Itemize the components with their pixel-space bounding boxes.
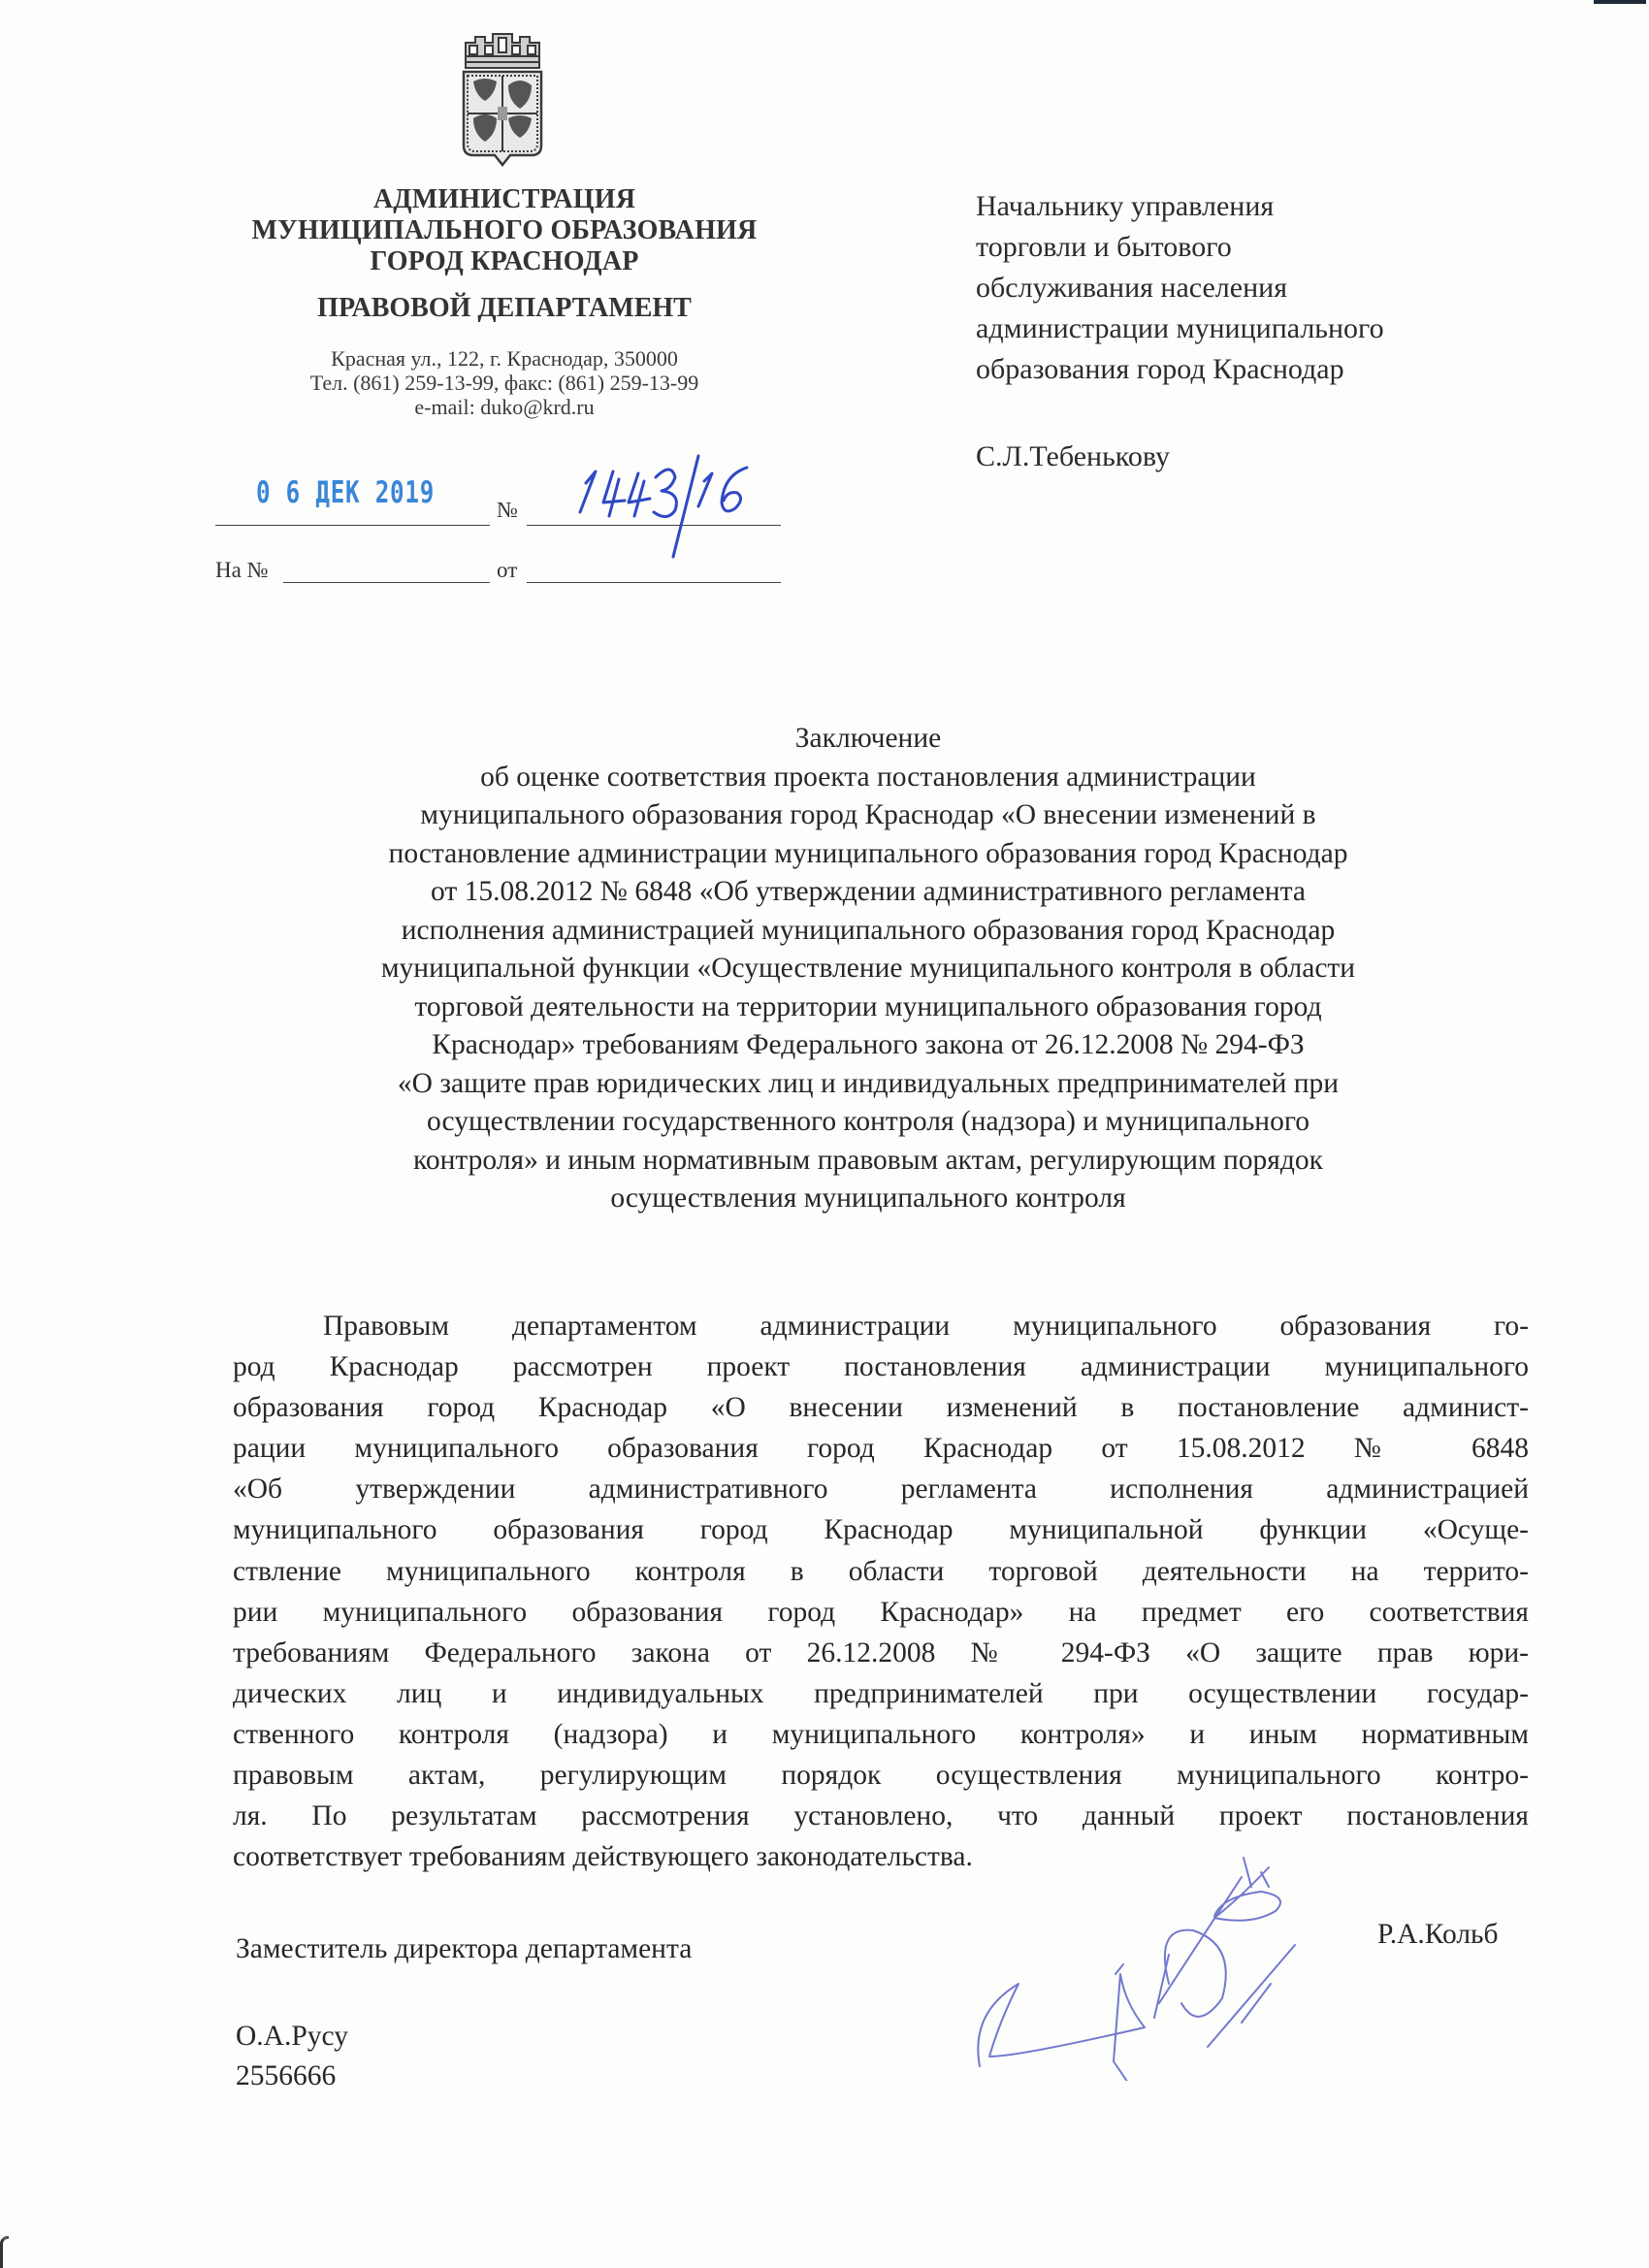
body-line: рации муниципального образования город К…	[233, 1428, 1529, 1469]
title-line: торговой деятельности на территории муни…	[194, 988, 1542, 1027]
scan-edge-artifact	[1594, 0, 1646, 4]
body-line: «Об утверждении административного реглам…	[233, 1469, 1529, 1509]
title-line: постановление администрации муниципально…	[194, 835, 1542, 874]
contact-info: Красная ул., 122, г. Краснодар, 350000 Т…	[165, 346, 844, 419]
executor-name: О.А.Русу	[236, 2021, 348, 2053]
handwritten-registration-number	[574, 452, 768, 559]
recipient-line: торговли и бытового	[976, 227, 1384, 268]
reply-number-underline	[283, 582, 490, 583]
title-line: контроля» и иным нормативным правовым ак…	[194, 1142, 1542, 1181]
document-title: Заключение об оценке соответствия проект…	[194, 720, 1542, 1218]
recipient-block: Начальнику управления торговли и бытовог…	[976, 186, 1384, 390]
email: e-mail: duko@krd.ru	[165, 395, 844, 419]
organization-name: АДМИНИСТРАЦИЯ МУНИЦИПАЛЬНОГО ОБРАЗОВАНИЯ…	[165, 184, 844, 277]
org-line-3: ГОРОД КРАСНОДАР	[165, 246, 844, 277]
title-line: Краснодар» требованиям Федерального зако…	[194, 1026, 1542, 1065]
body-line: ля. По результатам рассмотрения установл…	[233, 1796, 1529, 1836]
reply-date-underline	[527, 582, 781, 583]
signatory-name: Р.А.Кольб	[1377, 1919, 1499, 1951]
recipient-line: обслуживания населения	[976, 268, 1384, 308]
body-paragraph: Правовым департаментом администрации мун…	[233, 1306, 1529, 1877]
body-line: ственного контроля (надзора) и муниципал…	[233, 1714, 1529, 1755]
recipient-line: администрации муниципального	[976, 308, 1384, 349]
handwritten-signature	[960, 1838, 1319, 2081]
department-name: ПРАВОВОЙ ДЕПАРТАМЕНТ	[165, 293, 844, 324]
body-line: род Краснодар рассмотрен проект постанов…	[233, 1346, 1529, 1387]
title-line: исполнения администрацией муниципального…	[194, 912, 1542, 951]
body-line: требованиям Федерального закона от 26.12…	[233, 1633, 1529, 1673]
executor-phone: 2556666	[236, 2060, 336, 2092]
org-line-1: АДМИНИСТРАЦИЯ	[165, 184, 844, 215]
body-line: муниципального образования город Краснод…	[233, 1509, 1529, 1550]
number-label: №	[497, 498, 518, 523]
title-line: «О защите прав юридических лиц и индивид…	[194, 1065, 1542, 1104]
body-line: рии муниципального образования город Кра…	[233, 1592, 1529, 1633]
address: Красная ул., 122, г. Краснодар, 350000	[165, 346, 844, 371]
org-line-2: МУНИЦИПАЛЬНОГО ОБРАЗОВАНИЯ	[165, 215, 844, 246]
date-underline	[215, 525, 490, 526]
body-line: правовым актам, регулирующим порядок осу…	[233, 1755, 1529, 1796]
recipient-line: Начальнику управления	[976, 186, 1384, 227]
scan-corner-mark	[0, 2236, 9, 2268]
phone-fax: Тел. (861) 259-13-99, факс: (861) 259-13…	[165, 371, 844, 395]
body-line: Правовым департаментом администрации мун…	[233, 1306, 1529, 1346]
reply-number-label: На №	[215, 558, 269, 583]
recipient-name: С.Л.Тебенькову	[976, 437, 1170, 477]
recipient-line: образования город Краснодар	[976, 349, 1384, 390]
title-line: об оценке соответствия проекта постановл…	[194, 759, 1542, 797]
title-line: от 15.08.2012 № 6848 «Об утверждении адм…	[194, 873, 1542, 912]
coat-of-arms-icon	[456, 31, 549, 167]
signatory-role: Заместитель директора департамента	[236, 1933, 692, 1965]
date-stamp: 0 6 ДЕК 2019	[256, 475, 435, 510]
reply-date-label: от	[497, 558, 517, 583]
title-line: муниципального образования город Краснод…	[194, 796, 1542, 835]
title-line: осуществления муниципального контроля	[194, 1180, 1542, 1218]
title-line: осуществлении государственного контроля …	[194, 1103, 1542, 1142]
title-line: муниципальной функции «Осуществление мун…	[194, 950, 1542, 988]
body-line: соответствует требованиям действующего з…	[233, 1836, 1529, 1877]
body-line: ствление муниципального контроля в облас…	[233, 1551, 1529, 1592]
title-heading: Заключение	[194, 720, 1542, 759]
body-line: дических лиц и индивидуальных предприним…	[233, 1673, 1529, 1714]
body-line: образования город Краснодар «О внесении …	[233, 1387, 1529, 1428]
